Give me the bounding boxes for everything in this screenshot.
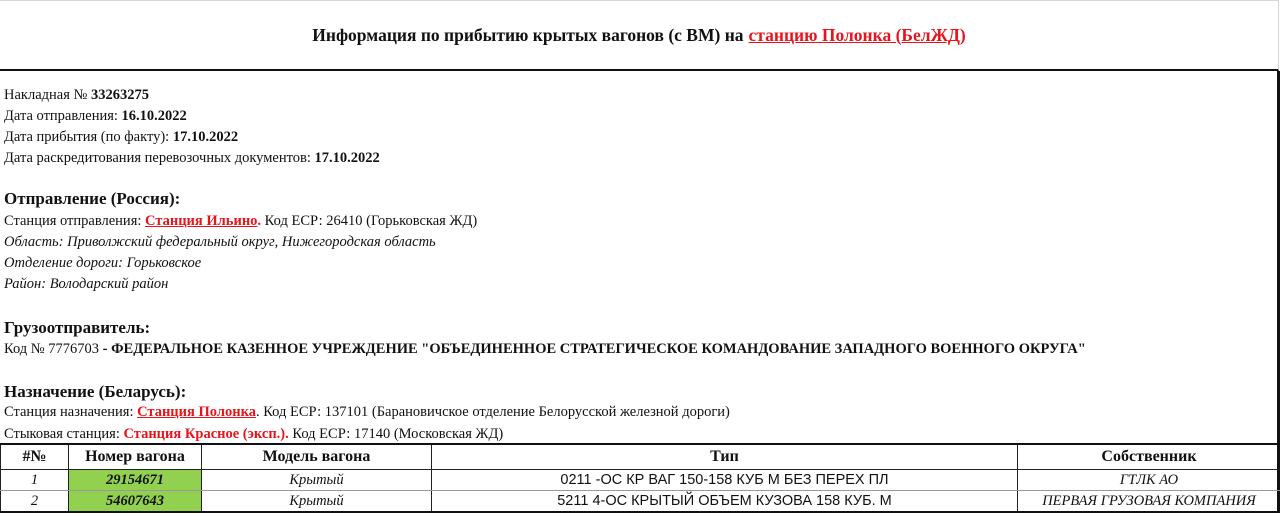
- waybill-number-line: Накладная № 33263275: [4, 87, 149, 104]
- destination-station-line: Станция назначения: Станция Полонка. Код…: [4, 404, 730, 421]
- column-header-type: Тип: [432, 444, 1018, 470]
- shipper-line: Код № 7776703 - ФЕДЕРАЛЬНОЕ КАЗЕННОЕ УЧР…: [4, 341, 1086, 358]
- departure-railway-division: Отделение дороги: Горьковское: [4, 255, 201, 272]
- page-title: Информация по прибытию крытых вагонов (с…: [0, 0, 1279, 71]
- column-header-wagon-number: Номер вагона: [69, 444, 202, 470]
- waybill-number: 33263275: [91, 87, 149, 103]
- junction-station-label: Стыковая станция:: [4, 426, 120, 442]
- column-header-owner: Собственник: [1018, 444, 1280, 470]
- arrival-date-label: Дата прибытия (по факту):: [4, 129, 169, 145]
- wagon-number: 29154671: [69, 470, 202, 491]
- junction-station-name: Станция Красное (эксп.).: [124, 426, 289, 442]
- destination-heading: Назначение (Беларусь):: [4, 382, 186, 402]
- wagon-model: Крытый: [202, 470, 432, 491]
- wagons-table: #№ Номер вагона Модель вагона Тип Собств…: [0, 443, 1280, 513]
- row-number: 1: [1, 470, 69, 491]
- destination-station-link[interactable]: Станция Полонка: [137, 404, 256, 420]
- departure-heading: Отправление (Россия):: [4, 189, 180, 209]
- arrival-date: 17.10.2022: [173, 129, 238, 145]
- table-row: 1 29154671 Крытый 0211 -ОС КР ВАГ 150-15…: [1, 470, 1280, 491]
- table-row: 2 54607643 Крытый 5211 4-ОС КРЫТЫЙ ОБЪЕМ…: [1, 491, 1280, 513]
- departure-station-line: Станция отправления: Станция Ильино. Код…: [4, 213, 477, 230]
- arrival-date-line: Дата прибытия (по факту): 17.10.2022: [4, 129, 238, 146]
- wagon-model: Крытый: [202, 491, 432, 513]
- shipper-name: - ФЕДЕРАЛЬНОЕ КАЗЕННОЕ УЧРЕЖДЕНИЕ "ОБЪЕД…: [103, 341, 1086, 357]
- destination-esr-code: . Код ЕСР: 137101 (Барановичское отделен…: [256, 404, 730, 420]
- wagon-owner: ПЕРВАЯ ГРУЗОВАЯ КОМПАНИЯ: [1018, 491, 1280, 513]
- table-header-row: #№ Номер вагона Модель вагона Тип Собств…: [1, 444, 1280, 470]
- wagon-owner: ГТЛК АО: [1018, 470, 1280, 491]
- column-header-wagon-model: Модель вагона: [202, 444, 432, 470]
- shipper-code: Код № 7776703: [4, 341, 99, 357]
- departure-date-line: Дата отправления: 16.10.2022: [4, 108, 187, 125]
- departure-date: 16.10.2022: [122, 108, 187, 124]
- row-number: 2: [1, 491, 69, 513]
- destination-station-label: Станция назначения:: [4, 404, 134, 420]
- wagon-type: 0211 -ОС КР ВАГ 150-158 КУБ М БЕЗ ПЕРЕХ …: [432, 470, 1018, 491]
- shipper-heading: Грузоотправитель:: [4, 318, 150, 338]
- column-header-number: #№: [1, 444, 69, 470]
- crediting-date-label: Дата раскредитования перевозочных докуме…: [4, 150, 311, 166]
- wagon-number: 54607643: [69, 491, 202, 513]
- crediting-date: 17.10.2022: [314, 150, 379, 166]
- departure-district: Район: Володарский район: [4, 276, 168, 293]
- departure-station-dot: .: [257, 213, 261, 229]
- wagon-type: 5211 4-ОС КРЫТЫЙ ОБЪЕМ КУЗОВА 158 КУБ. М: [432, 491, 1018, 513]
- crediting-date-line: Дата раскредитования перевозочных докуме…: [4, 150, 380, 167]
- junction-esr-code: Код ЕСР: 17140 (Московская ЖД): [292, 426, 503, 442]
- departure-esr-code: Код ЕСР: 26410 (Горьковская ЖД): [265, 213, 478, 229]
- junction-station-line: Стыковая станция: Станция Красное (эксп.…: [4, 426, 503, 443]
- departure-region: Область: Приволжский федеральный округ, …: [4, 234, 436, 251]
- departure-date-label: Дата отправления:: [4, 108, 118, 124]
- departure-station-link[interactable]: Станция Ильино: [145, 213, 257, 229]
- departure-station-label: Станция отправления:: [4, 213, 141, 229]
- waybill-label: Накладная №: [4, 87, 87, 103]
- title-text: Информация по прибытию крытых вагонов (с…: [312, 25, 743, 46]
- destination-station-title-link[interactable]: станцию Полонка (БелЖД): [749, 25, 966, 46]
